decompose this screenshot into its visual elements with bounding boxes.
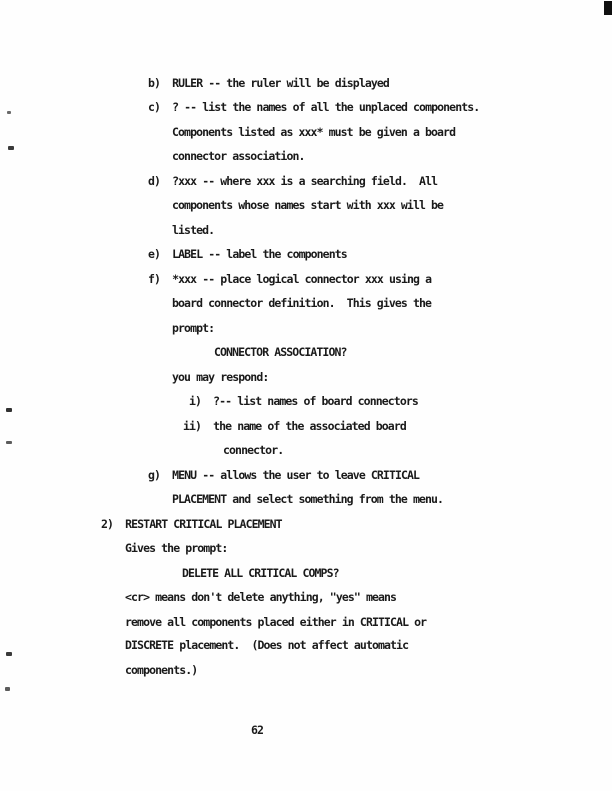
scan-artifact (6, 408, 12, 412)
scanned-document-page: b) RULER -- the ruler will be displayed … (0, 0, 612, 791)
text-line: i) ?-- list names of board connectors (189, 394, 418, 409)
text-line: <cr> means don't delete anything, "yes" … (125, 590, 396, 605)
text-line: components.) (125, 663, 197, 678)
scan-artifact (6, 441, 12, 444)
text-line: ii) the name of the associated board (183, 419, 406, 434)
text-line: prompt: (172, 321, 214, 336)
text-line: d) ?xxx -- where xxx is a searching fiel… (148, 174, 437, 189)
text-line-prompt: DELETE ALL CRITICAL COMPS? (182, 566, 339, 581)
text-line-prompt: CONNECTOR ASSOCIATION? (214, 345, 347, 360)
text-line: remove all components placed either in C… (125, 615, 426, 630)
scan-corner-mark (604, 1, 612, 15)
text-line: connector association. (172, 149, 305, 164)
scan-artifact (8, 146, 14, 150)
text-line: e) LABEL -- label the components (148, 247, 347, 262)
text-line: board connector definition. This gives t… (172, 296, 431, 311)
text-line: you may respond: (172, 370, 268, 385)
text-line: b) RULER -- the ruler will be displayed (148, 76, 389, 91)
text-line: connector. (223, 443, 283, 458)
page-number: 62 (251, 723, 263, 737)
text-line: PLACEMENT and select something from the … (172, 492, 443, 507)
text-line: listed. (172, 223, 214, 238)
scan-artifact (6, 652, 12, 656)
text-line: g) MENU -- allows the user to leave CRIT… (148, 468, 419, 483)
text-line: Components listed as xxx* must be given … (172, 125, 455, 140)
scan-artifact (5, 687, 10, 691)
text-line: DISCRETE placement. (Does not affect aut… (125, 638, 408, 653)
text-line: 2) RESTART CRITICAL PLACEMENT (101, 517, 282, 532)
text-line: components whose names start with xxx wi… (172, 198, 443, 213)
scan-artifact (7, 111, 11, 114)
text-line: Gives the prompt: (125, 541, 227, 556)
text-line: f) *xxx -- place logical connector xxx u… (148, 272, 431, 287)
text-line: c) ? -- list the names of all the unplac… (148, 100, 479, 115)
